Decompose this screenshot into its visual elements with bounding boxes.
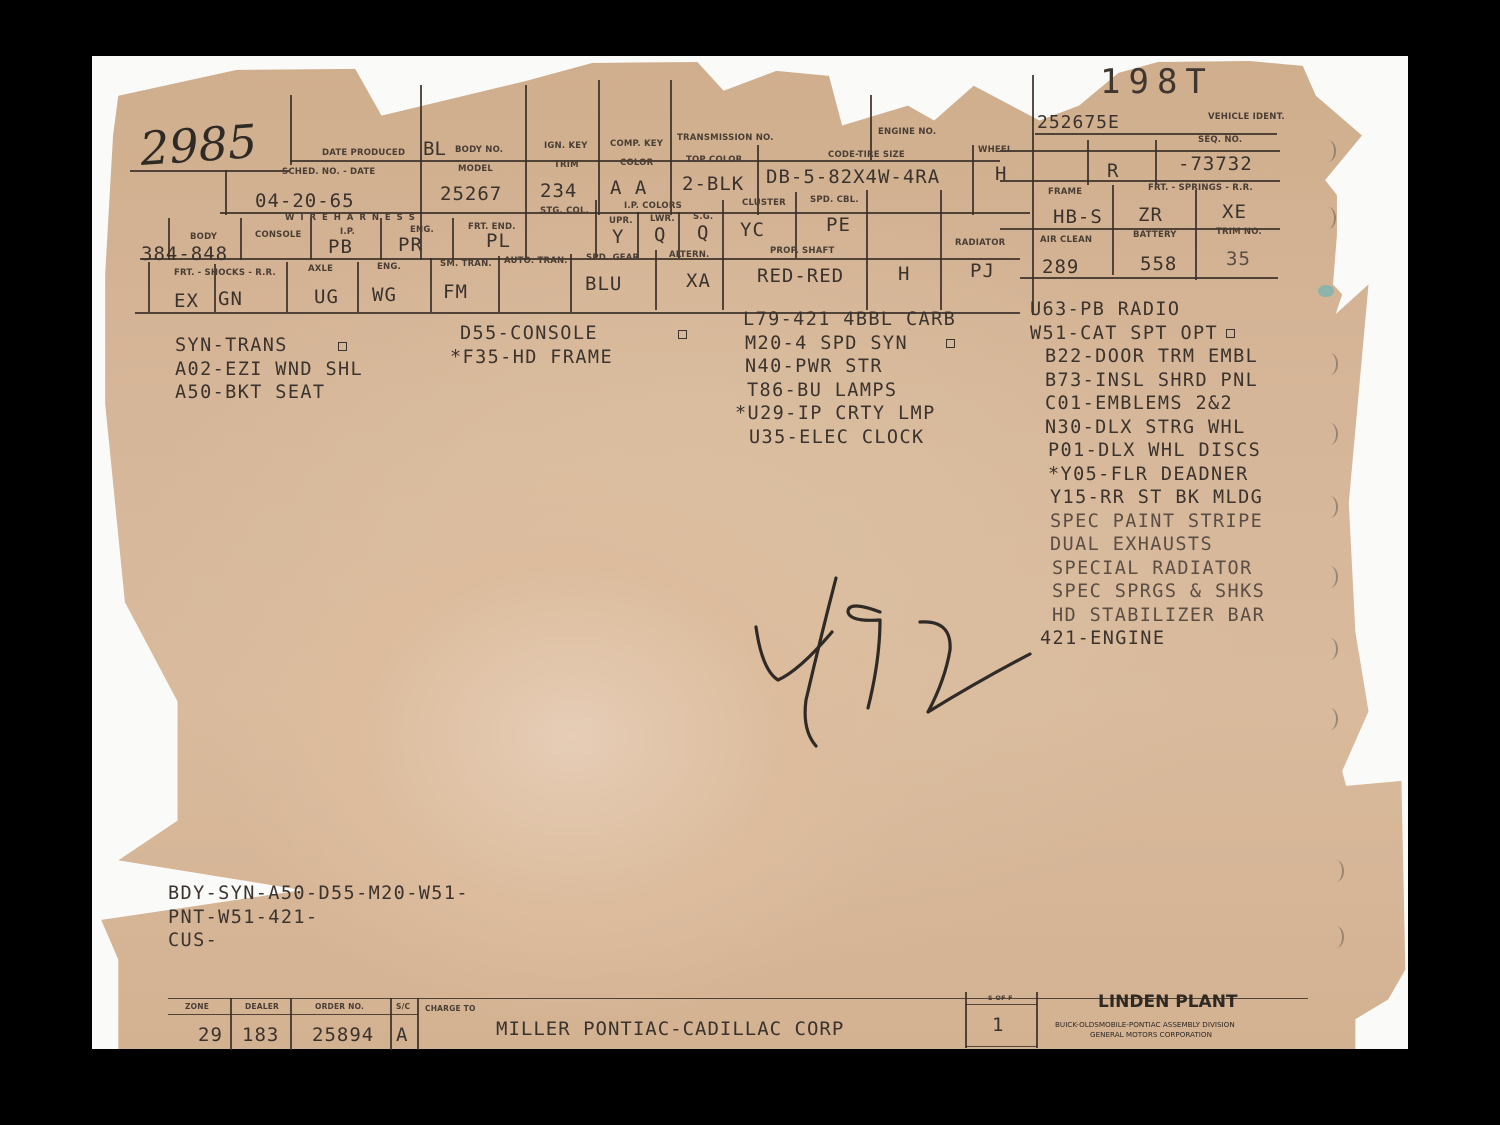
- value-rr-springs: XE: [1222, 201, 1247, 223]
- label-color: COLOR: [620, 158, 653, 168]
- value-frt-springs: ZR: [1138, 204, 1163, 226]
- value-prop-shaft: RED-RED: [757, 265, 844, 287]
- value-sg: Q: [697, 222, 709, 244]
- option-item: SYN-TRANS: [175, 335, 288, 356]
- options-col3: L79-421 4BBL CARB M20-4 SPD SYN N40-PWR …: [735, 308, 956, 449]
- option-item: *F35-HD FRAME: [450, 347, 613, 368]
- label-sheet: S OF F: [988, 994, 1013, 1002]
- label-top-color: TOP COLOR: [686, 155, 742, 165]
- value-sc: A: [396, 1024, 408, 1046]
- label-prop-shaft: PROP. SHAFT: [770, 246, 834, 256]
- label-seq-no: SEQ. NO.: [1198, 135, 1242, 145]
- label-comp-key: COMP. KEY: [610, 139, 663, 149]
- label-cluster: CLUSTER: [742, 198, 786, 208]
- option-item: *Y05-FLR DEADNER: [1048, 464, 1249, 485]
- label-date-produced: DATE PRODUCED: [322, 148, 405, 158]
- options-col1: SYN-TRANS A02-EZI WND SHL A50-BKT SEAT: [175, 334, 363, 405]
- label-axle: AXLE: [308, 264, 333, 274]
- option-item: SPEC SPRGS & SHKS: [1052, 581, 1265, 602]
- label-sm-tran: SM. TRAN.: [440, 259, 492, 269]
- label-auto-tran: AUTO. TRAN.: [504, 256, 568, 266]
- label-battery: BATTERY: [1133, 230, 1177, 240]
- value-body: 384-848: [141, 243, 228, 265]
- code-line: BDY-SYN-A50-D55-M20-W51-: [168, 882, 469, 906]
- label-frame: FRAME: [1048, 187, 1082, 197]
- option-item: B22-DOOR TRM EMBL: [1045, 346, 1258, 367]
- label-frt-springs-rr: FRT. - SPRINGS - R.R.: [1148, 183, 1253, 193]
- label-air-clean: AIR CLEAN: [1040, 235, 1092, 245]
- option-item: U63-PB RADIO: [1030, 299, 1180, 320]
- value-frame: HB-S: [1053, 206, 1103, 228]
- label-trim-no: TRIM NO.: [1216, 227, 1262, 237]
- label-engine-no: ENGINE NO.: [878, 127, 936, 137]
- option-item: DUAL EXHAUSTS: [1050, 534, 1213, 555]
- value-seq-no: -73732: [1178, 153, 1253, 175]
- label-spd-cbl: SPD. CBL.: [810, 195, 859, 205]
- label-dealer: DEALER: [245, 1002, 279, 1011]
- value-frt-end: PL: [486, 230, 511, 252]
- value-axle: UG: [314, 286, 339, 308]
- label-ign-key: IGN. KEY: [544, 141, 588, 151]
- value-trim: 234: [540, 180, 577, 202]
- checkbox-mark-icon: [1226, 329, 1235, 338]
- label-wire-harness: W I R E H A R N E S S: [285, 213, 416, 223]
- vin-stamp: 198T: [1100, 62, 1214, 102]
- value-spd-gear: BLU: [585, 273, 622, 295]
- option-item: L79-421 4BBL CARB: [743, 309, 956, 330]
- value-frt-shocks: EX: [174, 290, 199, 312]
- label-upr: UPR.: [609, 216, 633, 226]
- checkbox-mark-icon: [946, 339, 955, 348]
- handwritten-492: [740, 570, 1060, 760]
- label-sc: S/C: [396, 1002, 410, 1011]
- value-sheet: 1: [992, 1014, 1004, 1036]
- value-code-tire-size: DB-5-82X4W-4RA: [766, 166, 940, 188]
- label-body: BODY: [190, 232, 217, 242]
- value-sched-no-date: 04-20-65: [255, 190, 355, 212]
- value-unlabeled-r: R: [1107, 160, 1119, 182]
- value-eng-row4: WG: [372, 284, 397, 306]
- option-item: HD STABILIZER BAR: [1052, 605, 1265, 626]
- code-line: CUS-: [168, 929, 469, 953]
- division-name: BUICK-OLDSMOBILE-PONTIAC ASSEMBLY DIVISI…: [1055, 1020, 1235, 1029]
- option-item: T86-BU LAMPS: [747, 380, 897, 401]
- option-item: C01-EMBLEMS 2&2: [1045, 393, 1233, 414]
- label-altern: ALTERN.: [669, 250, 709, 260]
- paper-stain: [1318, 285, 1334, 297]
- label-wheel: WHEEL: [978, 145, 1013, 155]
- label-sg: S.G.: [693, 212, 713, 222]
- option-item: SPEC PAINT STRIPE: [1050, 511, 1263, 532]
- checkbox-mark-icon: [338, 342, 347, 351]
- code-line: PNT-W51-421-: [168, 906, 469, 930]
- value-lwr: Q: [654, 224, 666, 246]
- option-item: B73-INSL SHRD PNL: [1045, 370, 1258, 391]
- label-frt-shocks-rr: FRT. - SHOCKS - R.R.: [174, 268, 276, 278]
- option-item: M20-4 SPD SYN: [745, 333, 908, 354]
- option-item: D55-CONSOLE: [460, 323, 598, 344]
- label-lwr: LWR.: [650, 214, 675, 224]
- option-item: *U29-IP CRTY LMP: [735, 403, 936, 424]
- value-dealer: 183: [242, 1024, 279, 1046]
- label-ip-colors: I.P. COLORS: [624, 201, 682, 211]
- label-body-no: BODY NO.: [455, 145, 503, 155]
- label-sched-no-date: SCHED. NO. - DATE: [282, 167, 375, 177]
- option-item: U35-ELEC CLOCK: [749, 427, 925, 448]
- value-body-no-prefix: BL: [423, 138, 446, 160]
- value-unlabeled-h: H: [898, 263, 910, 285]
- value-battery: 558: [1140, 253, 1177, 275]
- checkbox-mark-icon: [678, 330, 687, 339]
- option-item: SPECIAL RADIATOR: [1052, 558, 1253, 579]
- value-eng-harness: PR: [398, 234, 423, 256]
- option-item: A02-EZI WND SHL: [175, 359, 363, 380]
- label-vehicle-ident: VEHICLE IDENT.: [1208, 112, 1285, 122]
- options-col4: U63-PB RADIO W51-CAT SPT OPT B22-DOOR TR…: [1030, 298, 1265, 651]
- option-item: N40-PWR STR: [745, 356, 883, 377]
- value-order-no: 25894: [312, 1024, 374, 1046]
- label-charge-to: CHARGE TO: [425, 1004, 476, 1013]
- value-color: A A: [610, 177, 647, 199]
- value-altern: XA: [686, 270, 711, 292]
- option-item: A50-BKT SEAT: [175, 382, 325, 403]
- value-ip: PB: [328, 236, 353, 258]
- label-model: MODEL: [458, 164, 493, 174]
- label-trim: TRIM: [554, 160, 579, 170]
- label-eng-row4: ENG.: [377, 262, 401, 272]
- value-air-clean: 289: [1042, 256, 1079, 278]
- value-cluster: YC: [740, 219, 765, 241]
- label-radiator: RADIATOR: [955, 238, 1005, 248]
- plant-name: LINDEN PLANT: [1098, 992, 1238, 1012]
- corporation-name: GENERAL MOTORS CORPORATION: [1090, 1030, 1212, 1039]
- option-item: N30-DLX STRG WHL: [1045, 417, 1246, 438]
- value-upr: Y: [612, 226, 624, 248]
- option-item: P01-DLX WHL DISCS: [1048, 440, 1261, 461]
- label-code-tire-size: CODE-TIRE SIZE: [828, 150, 905, 160]
- value-trim-no: 35: [1226, 248, 1251, 270]
- value-top-color: 2-BLK: [682, 173, 744, 195]
- label-spd-gear: SPD. GEAR: [586, 253, 639, 263]
- value-rr-shocks: GN: [218, 288, 243, 310]
- order-codes: BDY-SYN-A50-D55-M20-W51- PNT-W51-421- CU…: [168, 882, 469, 953]
- value-radiator: PJ: [970, 260, 995, 282]
- value-model: 25267: [440, 183, 502, 205]
- option-item: W51-CAT SPT OPT: [1030, 323, 1218, 344]
- value-wheel: H: [995, 163, 1007, 185]
- options-col2: D55-CONSOLE *F35-HD FRAME: [450, 322, 687, 369]
- handwritten-number-top: 2985: [138, 114, 259, 176]
- value-charge-to: MILLER PONTIAC-CADILLAC CORP: [496, 1018, 844, 1040]
- label-stg-col: STG. COL.: [540, 206, 589, 216]
- label-zone: ZONE: [185, 1002, 209, 1011]
- value-spd-cbl: PE: [826, 214, 851, 236]
- option-item: Y15-RR ST BK MLDG: [1050, 487, 1263, 508]
- label-transmission-no: TRANSMISSION NO.: [677, 133, 774, 143]
- value-vehicle-ident: 252675E: [1037, 112, 1120, 133]
- value-sm-tran: FM: [443, 281, 468, 303]
- value-zone: 29: [198, 1024, 223, 1046]
- label-order-no: ORDER NO.: [315, 1002, 364, 1011]
- label-console: CONSOLE: [255, 230, 302, 240]
